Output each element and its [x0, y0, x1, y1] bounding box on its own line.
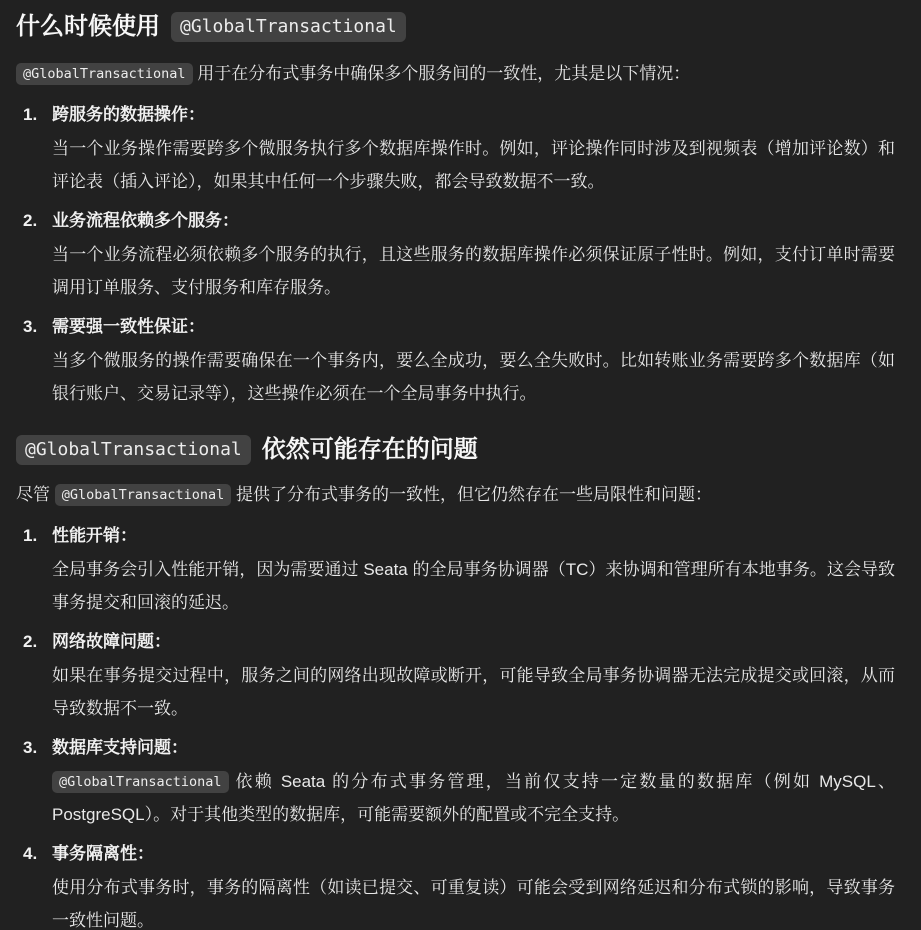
- intro-suffix: 提供了分布式事务的一致性，但它仍然存在一些局限性和问题：: [231, 485, 712, 504]
- problems-list: 1. 性能开销： 全局事务会引入性能开销，因为需要通过 Seata 的全局事务协…: [16, 523, 895, 930]
- section-problems-heading: @GlobalTransactional 依然可能存在的问题: [16, 434, 895, 466]
- list-item-number: 4.: [23, 841, 37, 867]
- list-item-title: 事务隔离性：: [52, 841, 895, 867]
- list-item-title: 网络故障问题：: [52, 629, 895, 655]
- intro-prefix: 尽管: [16, 485, 55, 504]
- list-item-body: 使用分布式事务时，事务的隔离性（如读已提交、可重复读）可能会受到网络延迟和分布式…: [52, 871, 895, 930]
- list-item: 3. 数据库支持问题： @GlobalTransactional 依赖 Seat…: [16, 735, 895, 831]
- when-to-use-list: 1. 跨服务的数据操作： 当一个业务操作需要跨多个微服务执行多个数据库操作时。例…: [16, 102, 895, 410]
- list-item-title: 数据库支持问题：: [52, 735, 895, 761]
- list-item-body: 当一个业务操作需要跨多个微服务执行多个数据库操作时。例如，评论操作同时涉及到视频…: [52, 132, 895, 198]
- list-item-number: 3.: [23, 314, 37, 340]
- section-problems-intro: 尽管 @GlobalTransactional 提供了分布式事务的一致性，但它仍…: [16, 481, 895, 508]
- list-item: 1. 性能开销： 全局事务会引入性能开销，因为需要通过 Seata 的全局事务协…: [16, 523, 895, 619]
- list-item-number: 1.: [23, 523, 37, 549]
- list-item: 1. 跨服务的数据操作： 当一个业务操作需要跨多个微服务执行多个数据库操作时。例…: [16, 102, 895, 198]
- list-item-title: 业务流程依赖多个服务：: [52, 208, 895, 234]
- list-item-number: 3.: [23, 735, 37, 761]
- section-when-to-use-intro: @GlobalTransactional 用于在分布式事务中确保多个服务间的一致…: [16, 60, 895, 87]
- list-item-body: 如果在事务提交过程中，服务之间的网络出现故障或断开，可能导致全局事务协调器无法完…: [52, 659, 895, 725]
- list-item: 2. 业务流程依赖多个服务： 当一个业务流程必须依赖多个服务的执行，且这些服务的…: [16, 208, 895, 304]
- markdown-document: 什么时候使用 @GlobalTransactional @GlobalTrans…: [0, 0, 921, 930]
- heading-text: 什么时候使用: [16, 11, 160, 43]
- list-item-body: 当多个微服务的操作需要确保在一个事务内，要么全成功，要么全失败时。比如转账业务需…: [52, 344, 895, 410]
- global-transactional-code-badge: @GlobalTransactional: [55, 484, 232, 506]
- list-item-number: 1.: [23, 102, 37, 128]
- list-item-title: 需要强一致性保证：: [52, 314, 895, 340]
- global-transactional-code-badge: @GlobalTransactional: [16, 435, 251, 465]
- list-item-title: 跨服务的数据操作：: [52, 102, 895, 128]
- global-transactional-code-badge: @GlobalTransactional: [52, 771, 229, 793]
- list-item-body: @GlobalTransactional 依赖 Seata 的分布式事务管理，当…: [52, 765, 895, 831]
- intro-text: 用于在分布式事务中确保多个服务间的一致性，尤其是以下情况：: [193, 64, 691, 83]
- list-item: 2. 网络故障问题： 如果在事务提交过程中，服务之间的网络出现故障或断开，可能导…: [16, 629, 895, 725]
- list-item-body: 当一个业务流程必须依赖多个服务的执行，且这些服务的数据库操作必须保证原子性时。例…: [52, 238, 895, 304]
- list-item-title: 性能开销：: [52, 523, 895, 549]
- list-item-body: 全局事务会引入性能开销，因为需要通过 Seata 的全局事务协调器（TC）来协调…: [52, 553, 895, 619]
- section-when-to-use-heading: 什么时候使用 @GlobalTransactional: [16, 11, 895, 43]
- list-item-number: 2.: [23, 629, 37, 655]
- global-transactional-code-badge: @GlobalTransactional: [16, 63, 193, 85]
- list-item: 3. 需要强一致性保证： 当多个微服务的操作需要确保在一个事务内，要么全成功，要…: [16, 314, 895, 410]
- global-transactional-code-badge: @GlobalTransactional: [171, 12, 406, 42]
- heading-text: 依然可能存在的问题: [262, 434, 478, 466]
- list-item-number: 2.: [23, 208, 37, 234]
- list-item: 4. 事务隔离性： 使用分布式事务时，事务的隔离性（如读已提交、可重复读）可能会…: [16, 841, 895, 930]
